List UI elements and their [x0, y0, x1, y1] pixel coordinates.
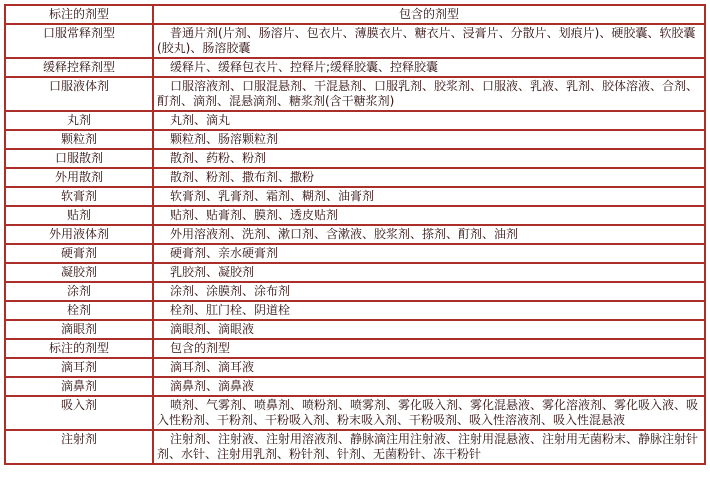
- labeled-dosage-form-cell: 缓释控释剂型: [5, 58, 153, 77]
- table-row: 注射剂 注射剂、注射液、注射用溶液剂、静脉滴注用注射液、注射用混悬液、注射用无菌…: [5, 430, 705, 464]
- table-row: 凝胶剂 乳胶剂、凝胶剂: [5, 263, 705, 282]
- table-row: 标注的剂型 包含的剂型: [5, 5, 705, 24]
- included-dosage-forms-cell: 注射剂、注射液、注射用溶液剂、静脉滴注用注射液、注射用混悬液、注射用无菌粉末、静…: [153, 430, 705, 464]
- labeled-dosage-form-cell: 口服常释剂型: [5, 24, 153, 58]
- labeled-dosage-form-cell: 外用液体剂: [5, 225, 153, 244]
- labeled-dosage-form-cell: 颗粒剂: [5, 130, 153, 149]
- labeled-dosage-form-cell: 滴耳剂: [5, 358, 153, 377]
- included-dosage-forms-cell: 散剂、药粉、粉剂: [153, 149, 705, 168]
- included-dosage-forms-cell: 硬膏剂、亲水硬膏剂: [153, 244, 705, 263]
- labeled-dosage-form-cell: 口服散剂: [5, 149, 153, 168]
- labeled-dosage-form-cell: 吸入剂: [5, 396, 153, 430]
- table-row: 滴耳剂 滴耳剂、滴耳液: [5, 358, 705, 377]
- labeled-dosage-form-cell: 口服液体剂: [5, 77, 153, 111]
- labeled-dosage-form-cell: 丸剂: [5, 111, 153, 130]
- labeled-dosage-form-cell: 标注的剂型: [5, 339, 153, 358]
- included-dosage-forms-cell: 滴耳剂、滴耳液: [153, 358, 705, 377]
- table-row: 口服常释剂型 普通片剂(片剂、肠溶片、包衣片、薄膜衣片、糖衣片、浸膏片、分散片、…: [5, 24, 705, 58]
- table-row: 栓剂 栓剂、肛门栓、阴道栓: [5, 301, 705, 320]
- dosage-form-table-container: 标注的剂型 包含的剂型 口服常释剂型 普通片剂(片剂、肠溶片、包衣片、薄膜衣片、…: [0, 0, 710, 469]
- included-dosage-forms-cell: 涂剂、涂膜剂、涂布剂: [153, 282, 705, 301]
- included-dosage-forms-cell: 口服溶液剂、口服混悬剂、干混悬剂、口服乳剂、胶浆剂、口服液、乳液、乳剂、胶体溶液…: [153, 77, 705, 111]
- labeled-dosage-form-cell: 凝胶剂: [5, 263, 153, 282]
- table-row: 口服散剂 散剂、药粉、粉剂: [5, 149, 705, 168]
- labeled-dosage-form-cell: 标注的剂型: [5, 5, 153, 24]
- included-dosage-forms-cell: 贴剂、贴膏剂、膜剂、透皮贴剂: [153, 206, 705, 225]
- included-dosage-forms-cell: 颗粒剂、肠溶颗粒剂: [153, 130, 705, 149]
- table-row: 硬膏剂 硬膏剂、亲水硬膏剂: [5, 244, 705, 263]
- table-row: 颗粒剂 颗粒剂、肠溶颗粒剂: [5, 130, 705, 149]
- table-row: 软膏剂 软膏剂、乳膏剂、霜剂、糊剂、油膏剂: [5, 187, 705, 206]
- table-row: 贴剂 贴剂、贴膏剂、膜剂、透皮贴剂: [5, 206, 705, 225]
- included-dosage-forms-cell: 滴鼻剂、滴鼻液: [153, 377, 705, 396]
- table-row: 外用散剂 散剂、粉剂、撒布剂、撒粉: [5, 168, 705, 187]
- labeled-dosage-form-cell: 栓剂: [5, 301, 153, 320]
- table-row: 吸入剂 喷剂、气雾剂、喷鼻剂、喷粉剂、喷雾剂、雾化吸入剂、雾化混悬液、雾化溶液剂…: [5, 396, 705, 430]
- included-dosage-forms-cell: 包含的剂型: [153, 339, 705, 358]
- included-dosage-forms-cell: 乳胶剂、凝胶剂: [153, 263, 705, 282]
- included-dosage-forms-cell: 软膏剂、乳膏剂、霜剂、糊剂、油膏剂: [153, 187, 705, 206]
- table-row: 外用液体剂 外用溶液剂、洗剂、漱口剂、含漱液、胶浆剂、搽剂、酊剂、油剂: [5, 225, 705, 244]
- labeled-dosage-form-cell: 滴眼剂: [5, 320, 153, 339]
- included-dosage-forms-cell: 普通片剂(片剂、肠溶片、包衣片、薄膜衣片、糖衣片、浸膏片、分散片、划痕片)、硬胶…: [153, 24, 705, 58]
- table-row: 丸剂 丸剂、滴丸: [5, 111, 705, 130]
- labeled-dosage-form-cell: 涂剂: [5, 282, 153, 301]
- table-row: 标注的剂型 包含的剂型: [5, 339, 705, 358]
- included-dosage-forms-cell: 滴眼剂、滴眼液: [153, 320, 705, 339]
- included-dosage-forms-cell: 外用溶液剂、洗剂、漱口剂、含漱液、胶浆剂、搽剂、酊剂、油剂: [153, 225, 705, 244]
- table-row: 口服液体剂 口服溶液剂、口服混悬剂、干混悬剂、口服乳剂、胶浆剂、口服液、乳液、乳…: [5, 77, 705, 111]
- table-row: 涂剂 涂剂、涂膜剂、涂布剂: [5, 282, 705, 301]
- included-dosage-forms-cell: 缓释片、缓释包衣片、控释片;缓释胶囊、控释胶囊: [153, 58, 705, 77]
- included-dosage-forms-cell: 散剂、粉剂、撒布剂、撒粉: [153, 168, 705, 187]
- dosage-table-body: 标注的剂型 包含的剂型 口服常释剂型 普通片剂(片剂、肠溶片、包衣片、薄膜衣片、…: [5, 5, 705, 464]
- labeled-dosage-form-cell: 注射剂: [5, 430, 153, 464]
- table-row: 滴鼻剂 滴鼻剂、滴鼻液: [5, 377, 705, 396]
- labeled-dosage-form-cell: 软膏剂: [5, 187, 153, 206]
- included-dosage-forms-cell: 栓剂、肛门栓、阴道栓: [153, 301, 705, 320]
- table-row: 缓释控释剂型 缓释片、缓释包衣片、控释片;缓释胶囊、控释胶囊: [5, 58, 705, 77]
- dosage-form-table: 标注的剂型 包含的剂型 口服常释剂型 普通片剂(片剂、肠溶片、包衣片、薄膜衣片、…: [4, 4, 706, 465]
- labeled-dosage-form-cell: 硬膏剂: [5, 244, 153, 263]
- labeled-dosage-form-cell: 滴鼻剂: [5, 377, 153, 396]
- included-dosage-forms-cell: 丸剂、滴丸: [153, 111, 705, 130]
- included-dosage-forms-cell: 包含的剂型: [153, 5, 705, 24]
- labeled-dosage-form-cell: 贴剂: [5, 206, 153, 225]
- included-dosage-forms-cell: 喷剂、气雾剂、喷鼻剂、喷粉剂、喷雾剂、雾化吸入剂、雾化混悬液、雾化溶液剂、雾化吸…: [153, 396, 705, 430]
- table-row: 滴眼剂 滴眼剂、滴眼液: [5, 320, 705, 339]
- labeled-dosage-form-cell: 外用散剂: [5, 168, 153, 187]
